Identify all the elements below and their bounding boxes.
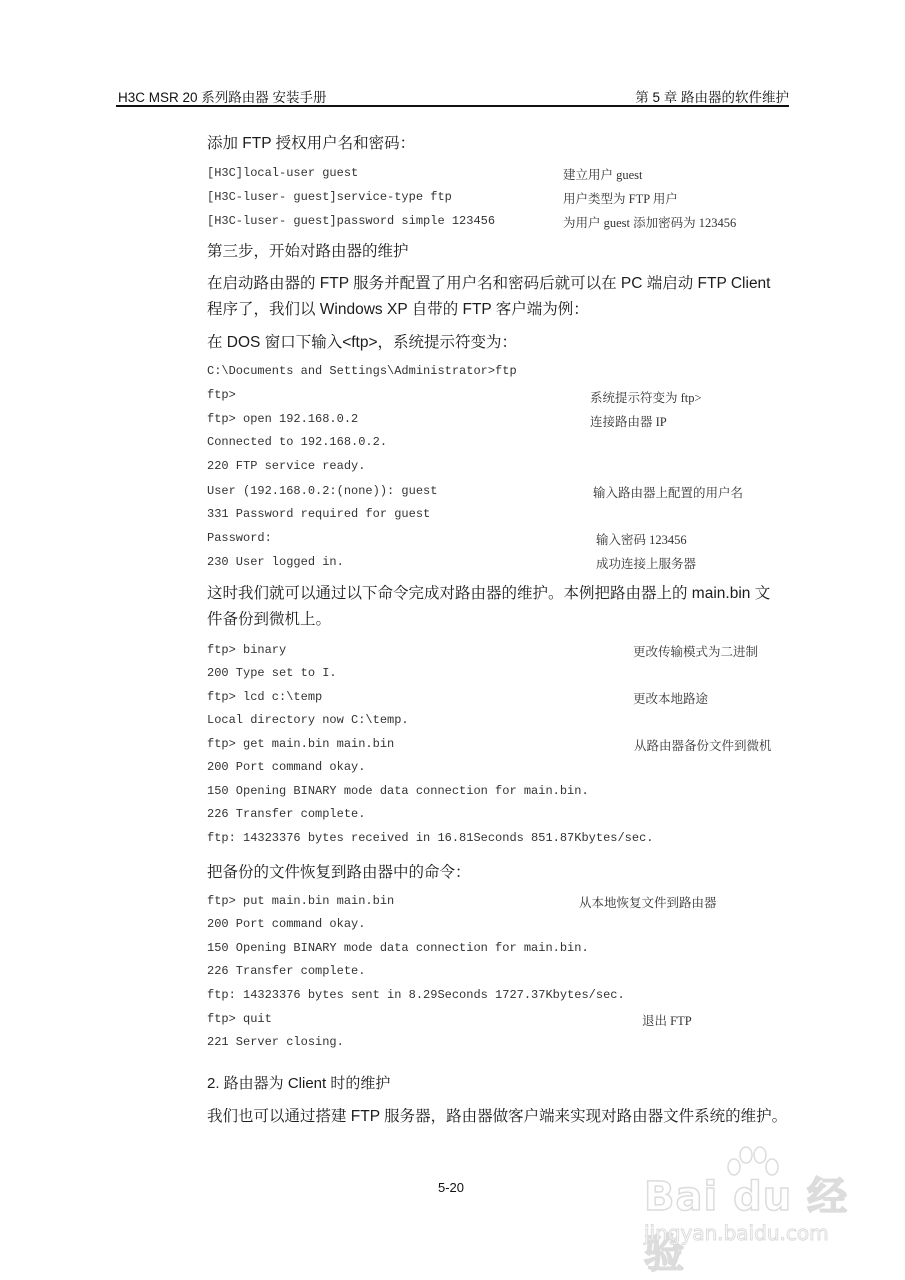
code-line: ftp> put main.bin main.bin bbox=[207, 894, 394, 908]
code-line: 226 Transfer complete. bbox=[207, 807, 365, 821]
code-line: C:\Documents and Settings\Administrator>… bbox=[207, 364, 517, 378]
restore-intro: 把备份的文件恢复到路由器中的命令： bbox=[207, 860, 471, 882]
code-line: 150 Opening BINARY mode data connection … bbox=[207, 941, 589, 955]
code-comment: 退出 FTP bbox=[642, 1011, 692, 1029]
code-line: [H3C]local-user guest bbox=[207, 166, 358, 180]
paragraph: 我们也可以通过搭建 FTP 服务器，路由器做客户端来实现对路由器文件系统的维护。 bbox=[207, 1104, 787, 1126]
header-manual-title: H3C MSR 20 系列路由器 安装手册 bbox=[118, 86, 327, 106]
code-line: Connected to 192.168.0.2. bbox=[207, 435, 387, 449]
code-line: ftp> lcd c:\temp bbox=[207, 690, 322, 704]
code-comment: 连接路由器 IP bbox=[590, 412, 667, 430]
code-line: ftp: 14323376 bytes received in 16.81Sec… bbox=[207, 831, 653, 845]
document-page: H3C MSR 20 系列路由器 安装手册 第 5 章 路由器的软件维护 添加 … bbox=[0, 0, 905, 1280]
code-line: ftp: 14323376 bytes sent in 8.29Seconds … bbox=[207, 988, 625, 1002]
code-line: 150 Opening BINARY mode data connection … bbox=[207, 784, 589, 798]
paragraph: 在启动路由器的 FTP 服务并配置了用户名和密码后就可以在 PC 端启动 FTP… bbox=[207, 271, 771, 293]
code-comment: 系统提示符变为 ftp> bbox=[590, 388, 702, 406]
step3-text: 第三步，开始对路由器的维护 bbox=[207, 239, 409, 261]
code-comment: 输入路由器上配置的用户名 bbox=[593, 483, 743, 501]
code-line: 221 Server closing. bbox=[207, 1035, 344, 1049]
code-line: [H3C-luser- guest]service-type ftp bbox=[207, 190, 452, 204]
baidu-watermark: Bai du 经验 jingyan.baidu.com bbox=[640, 1145, 860, 1255]
code-line: User (192.168.0.2:(none)): guest bbox=[207, 484, 437, 498]
code-line: Password: bbox=[207, 531, 272, 545]
code-line: ftp> open 192.168.0.2 bbox=[207, 412, 358, 426]
section-heading: 2. 路由器为 Client 时的维护 bbox=[207, 1072, 390, 1093]
code-line: [H3C-luser- guest]password simple 123456 bbox=[207, 214, 495, 228]
code-comment: 用户类型为 FTP 用户 bbox=[563, 189, 678, 207]
watermark-url: jingyan.baidu.com bbox=[644, 1221, 829, 1245]
code-comment: 从本地恢复文件到路由器 bbox=[579, 893, 717, 911]
code-line: 226 Transfer complete. bbox=[207, 964, 365, 978]
code-comment: 输入密码 123456 bbox=[596, 530, 687, 548]
running-header: H3C MSR 20 系列路由器 安装手册 第 5 章 路由器的软件维护 bbox=[118, 86, 789, 104]
dos-intro: 在 DOS 窗口下输入<ftp>，系统提示符变为： bbox=[207, 330, 517, 352]
header-rule bbox=[116, 105, 789, 107]
code-comment: 更改传输模式为二进制 bbox=[633, 642, 758, 660]
code-comment: 更改本地路途 bbox=[633, 689, 708, 707]
paragraph: 程序了，我们以 Windows XP 自带的 FTP 客户端为例： bbox=[207, 297, 589, 319]
code-line: 200 Port command okay. bbox=[207, 760, 365, 774]
code-line: 200 Type set to I. bbox=[207, 666, 337, 680]
code-line: 220 FTP service ready. bbox=[207, 459, 365, 473]
code-line: 200 Port command okay. bbox=[207, 917, 365, 931]
code-line: 331 Password required for guest bbox=[207, 507, 430, 521]
code-line: ftp> get main.bin main.bin bbox=[207, 737, 394, 751]
code-line: ftp> quit bbox=[207, 1012, 272, 1026]
add-user-intro: 添加 FTP 授权用户名和密码： bbox=[207, 131, 415, 153]
code-line: ftp> bbox=[207, 388, 236, 402]
code-comment: 成功连接上服务器 bbox=[596, 554, 696, 572]
code-comment: 建立用户 guest bbox=[563, 165, 643, 183]
header-chapter-title: 第 5 章 路由器的软件维护 bbox=[635, 86, 789, 106]
paragraph: 件备份到微机上。 bbox=[207, 607, 331, 629]
code-line: ftp> binary bbox=[207, 643, 286, 657]
code-line: Local directory now C:\temp. bbox=[207, 713, 409, 727]
code-comment: 为用户 guest 添加密码为 123456 bbox=[563, 213, 736, 231]
paragraph: 这时我们就可以通过以下命令完成对路由器的维护。本例把路由器上的 main.bin… bbox=[207, 581, 770, 603]
code-comment: 从路由器备份文件到微机 bbox=[634, 736, 772, 754]
page-number: 5-20 bbox=[438, 1180, 464, 1195]
code-line: 230 User logged in. bbox=[207, 555, 344, 569]
